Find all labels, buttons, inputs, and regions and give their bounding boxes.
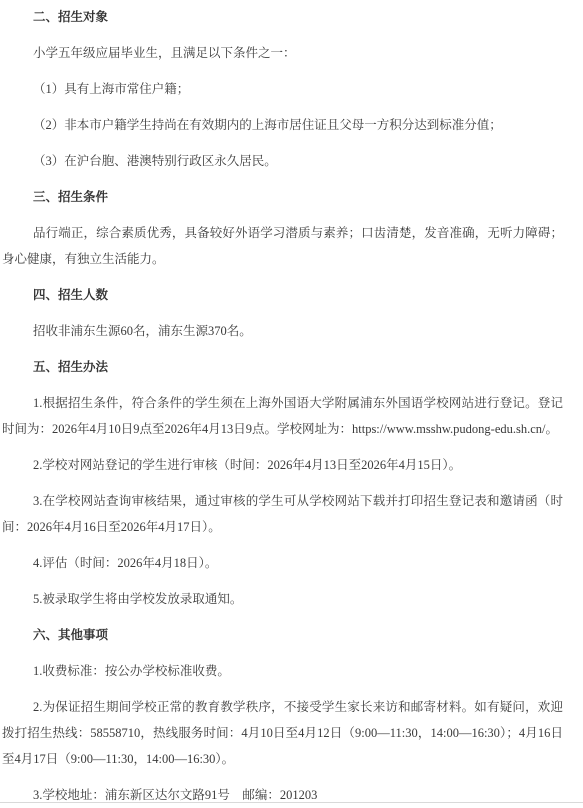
heading-enrollment-quota: 四、招生人数 (2, 282, 563, 308)
heading-admission-procedure: 五、招生办法 (2, 354, 563, 380)
para-procedure-step-5: 5.被录取学生将由学校发放录取通知。 (2, 586, 563, 612)
heading-admission-target: 二、招生对象 (2, 4, 563, 30)
para-eligibility-condition-2: （2）非本市户籍学生持尚在有效期内的上海市居住证且父母一方积分达到标准分值； (2, 112, 563, 138)
document-page: 二、招生对象 小学五年级应届毕业生，且满足以下条件之一： （1）具有上海市常住户… (0, 0, 583, 808)
heading-admission-requirements: 三、招生条件 (2, 184, 563, 210)
para-admission-requirements: 品行端正，综合素质优秀，具备较好外语学习潜质与素养；口齿清楚，发音准确，无听力障… (2, 220, 563, 272)
para-other-hotline: 2.为保证招生期间学校正常的教育教学秩序，不接受学生家长来访和邮寄材料。如有疑问… (2, 694, 563, 772)
para-procedure-step-2: 2.学校对网站登记的学生进行审核（时间：2026年4月13日至2026年4月15… (2, 452, 563, 478)
heading-other-matters: 六、其他事项 (2, 622, 563, 648)
para-eligibility-intro: 小学五年级应届毕业生，且满足以下条件之一： (2, 40, 563, 66)
para-enrollment-quota: 招收非浦东生源60名，浦东生源370名。 (2, 318, 563, 344)
para-other-address: 3.学校地址：浦东新区达尔文路91号 邮编：201203 (2, 782, 563, 808)
page-bottom-rule (0, 802, 583, 803)
para-procedure-step-1: 1.根据招生条件，符合条件的学生须在上海外国语大学附属浦东外国语学校网站进行登记… (2, 390, 563, 442)
para-eligibility-condition-3: （3）在沪台胞、港澳特别行政区永久居民。 (2, 148, 563, 174)
para-procedure-step-4: 4.评估（时间：2026年4月18日）。 (2, 550, 563, 576)
para-eligibility-condition-1: （1）具有上海市常住户籍； (2, 76, 563, 102)
para-procedure-step-3: 3.在学校网站查询审核结果，通过审核的学生可从学校网站下载并打印招生登记表和邀请… (2, 488, 563, 540)
para-other-fees: 1.收费标准：按公办学校标准收费。 (2, 658, 563, 684)
